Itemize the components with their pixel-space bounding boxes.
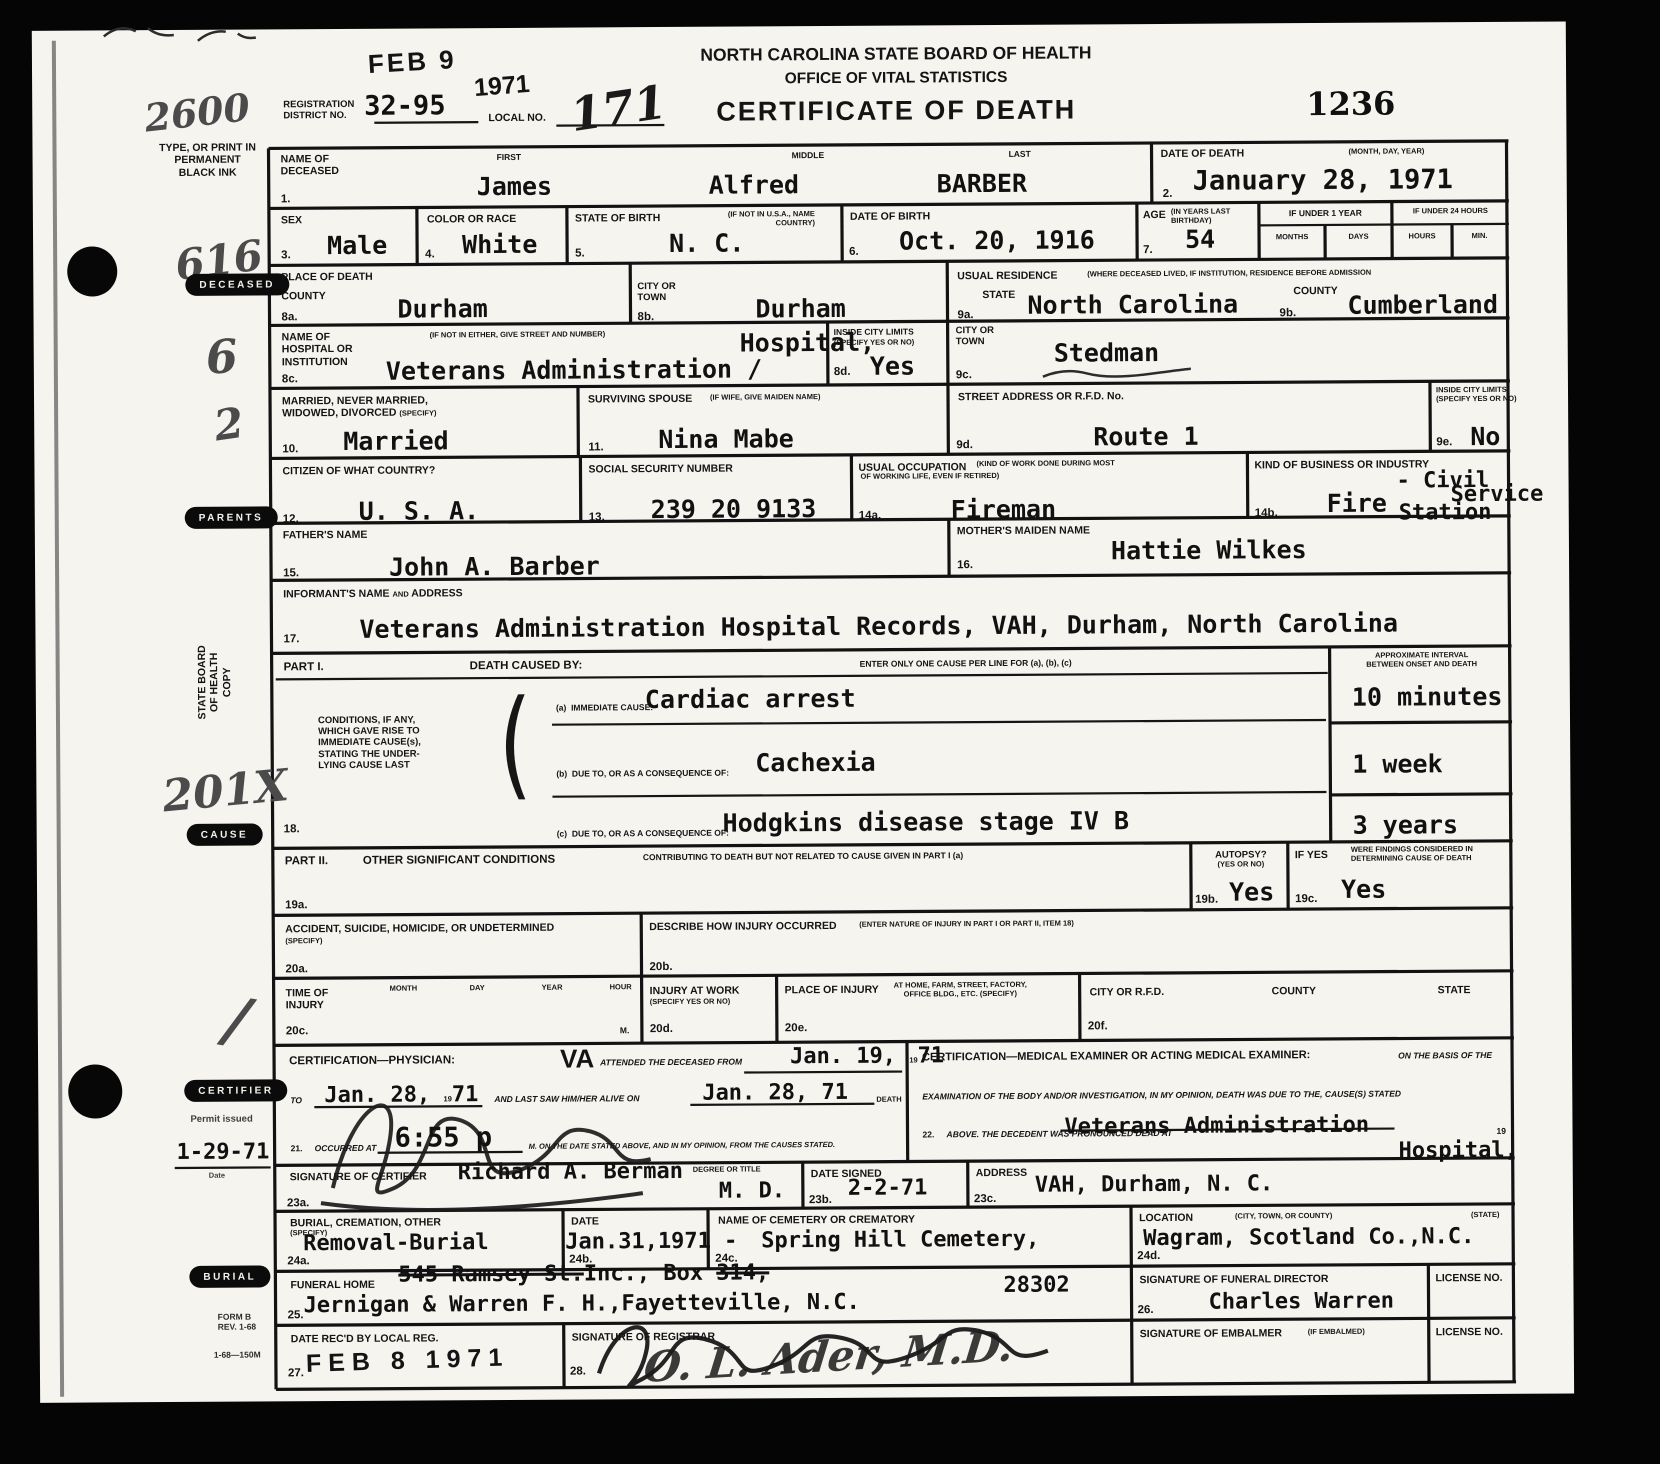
last-saw-label: AND LAST SAW HIM/HER ALIVE ON — [494, 1093, 639, 1104]
field-9c-number: 9c. — [956, 369, 972, 383]
certification-physician-label: CERTIFICATION—PHYSICIAN: — [289, 1054, 455, 1069]
marital-label-line2: WIDOWED, DIVORCED — [282, 407, 396, 420]
business-frag-station: Station — [1399, 502, 1492, 525]
accident-suicide-sub: (SPECIFY) — [285, 937, 322, 946]
degree-value: M. D. — [719, 1180, 785, 1202]
copy-line3: COPY — [220, 607, 233, 757]
inside-city-limits-label: INSIDE CITY LIMITS — [834, 326, 914, 337]
field-23a-number: 23a. — [287, 1197, 309, 1211]
mothers-maiden-name-label: MOTHER'S MAIDEN NAME — [957, 524, 1090, 537]
certificate-title: CERTIFICATE OF DEATH — [636, 94, 1156, 129]
state-of-birth-value: N. C. — [669, 231, 744, 256]
registration-label-line1: REGISTRATION — [283, 99, 354, 111]
age-sub: (IN YEARS LAST BIRTHDAY) — [1171, 208, 1231, 226]
other-conditions-label: OTHER SIGNIFICANT CONDITIONS — [363, 854, 555, 869]
field-5-number: 5. — [575, 247, 585, 261]
field-1-number: 1. — [281, 193, 291, 207]
field-25-number: 25. — [288, 1309, 304, 1323]
city-value: Durham — [755, 296, 845, 322]
ssn-label: SOCIAL SECURITY NUMBER — [588, 463, 732, 476]
residence-city-label: CITY OR TOWN — [956, 325, 994, 348]
place-of-injury-label: PLACE OF INJURY — [785, 984, 879, 997]
field-8b-number: 8b. — [637, 311, 654, 325]
field-20c-number: 20c. — [286, 1025, 308, 1039]
ssn-value: 239 20 9133 — [651, 496, 817, 522]
occupation-sub2: OF WORKING LIFE, EVEN IF RETIRED) — [860, 472, 999, 482]
certifier-name-value: Richard A. Berman — [458, 1161, 683, 1184]
time-label-line2: INJURY — [286, 999, 329, 1012]
field-12-number: 12. — [283, 513, 299, 527]
conditions-line4: STATING THE UNDER- — [318, 748, 421, 760]
informant-label-address: ADDRESS — [411, 587, 462, 599]
field-8a-number: 8a. — [281, 311, 297, 325]
registration-label-line2: DISTRICT NO. — [283, 110, 354, 122]
field-19c-number: 19c. — [1295, 893, 1317, 907]
under-1-year-label: IF UNDER 1 YEAR — [1259, 208, 1392, 219]
city-label-line2: TOWN — [637, 292, 675, 303]
city-or-town-label: CITY OR TOWN — [637, 281, 675, 304]
if-yes-sub-line2: DETERMINING CAUSE OF DEATH — [1351, 854, 1473, 864]
cause-b-label: (b) DUE TO, OR AS A CONSEQUENCE OF: — [556, 768, 729, 779]
margin-pencil-6: 6 — [204, 329, 240, 385]
middle-label: MIDDLE — [792, 150, 825, 160]
field-14a-number: 14a. — [859, 510, 881, 524]
residence-city-value: Stedman — [1054, 340, 1160, 366]
surviving-spouse-label: SURVIVING SPOUSE — [588, 393, 692, 406]
hour-label: HOUR — [610, 983, 632, 992]
inside-city-limits-value: Yes — [870, 353, 915, 378]
cause-a-value: Cardiac arrest — [645, 686, 856, 712]
field-23c-number: 23c. — [974, 1193, 996, 1207]
month-label: MONTH — [390, 985, 418, 994]
funeral-director-label: SIGNATURE OF FUNERAL DIRECTOR — [1139, 1273, 1328, 1287]
name-of-deceased-label: NAME OF DECEASED — [281, 153, 340, 178]
certifier-address-value: VAH, Durham, N. C. — [1035, 1173, 1274, 1196]
hours-label: HOURS — [1392, 232, 1452, 241]
business-frag-fire: Fire — [1327, 491, 1387, 516]
registration-district-label: REGISTRATION DISTRICT NO. — [283, 99, 354, 122]
injury-county-label: COUNTY — [1272, 985, 1316, 998]
occupation-value: Fireman — [951, 497, 1057, 523]
death-word: DEATH — [876, 1096, 901, 1105]
interval-a-value: 10 minutes — [1352, 684, 1503, 710]
field-19b-number: 19b. — [1195, 894, 1218, 908]
injury-at-work-sub: (SPECIFY YES OR NO) — [650, 998, 731, 1007]
burial-date-label: DATE — [571, 1215, 599, 1228]
cause-b-letter: (b) — [556, 769, 567, 779]
to-year: 71 — [452, 1082, 479, 1107]
part1-note: ENTER ONLY ONE CAUSE PER LINE FOR (a), (… — [860, 658, 1072, 669]
print-instruction-line2: PERMANENT — [147, 154, 269, 167]
how-injury-sub: (ENTER NATURE OF INJURY IN PART I OR PAR… — [859, 920, 1074, 930]
local-no-label: LOCAL NO. — [488, 112, 546, 125]
date-of-death-sub: (MONTH, DAY, YEAR) — [1349, 147, 1425, 156]
informant-label-main: INFORMANT'S NAME — [283, 588, 389, 601]
field-15-number: 15. — [283, 567, 299, 581]
state-of-birth-sub: (IF NOT IN U.S.A., NAME COUNTRY) — [695, 210, 815, 228]
scanned-death-certificate: 2600 TYPE, OR PRINT IN PERMANENT BLACK I… — [0, 0, 1660, 1464]
age-value: 54 — [1185, 227, 1215, 252]
fathers-name-label: FATHER'S NAME — [283, 529, 368, 542]
tab-cause: CAUSE — [187, 823, 263, 845]
field-17-number: 17. — [283, 633, 299, 647]
punch-hole-bottom — [68, 1064, 122, 1118]
permit-date-label: Date — [209, 1172, 225, 1181]
interval-header-line2: BETWEEN ONSET AND DEATH — [1336, 660, 1508, 670]
inside-city-limits2-value: No — [1470, 424, 1500, 449]
received-stamp-year: 1971 — [473, 70, 531, 103]
field-18-number: 18. — [284, 823, 300, 837]
residence-county-value: Cumberland — [1347, 292, 1498, 318]
last-label: LAST — [1009, 149, 1031, 159]
death-caused-by-label: DEATH CAUSED BY: — [470, 660, 583, 674]
me-basis-label: ON THE BASIS OF THE — [1398, 1050, 1492, 1061]
informant-label-and: AND — [392, 590, 408, 599]
usual-residence-label: USUAL RESIDENCE — [957, 270, 1057, 283]
date-recd-label: DATE REC'D BY LOCAL REG. — [291, 1332, 439, 1345]
field-16-number: 16. — [957, 559, 973, 573]
place-sub-line2: OFFICE BLDG., ETC. (SPECIFY) — [894, 990, 1027, 1000]
interval-b-value: 1 week — [1352, 751, 1442, 777]
time-m-label: M. — [620, 1025, 630, 1035]
year-label: YEAR — [542, 984, 563, 993]
from-date: Jan. 19, — [790, 1044, 896, 1070]
cause-a-text: IMMEDIATE CAUSE: — [571, 702, 653, 713]
marital-status-value: Married — [343, 428, 449, 454]
field-4-number: 4. — [425, 248, 435, 262]
director-license-label: LICENSE NO. — [1435, 1272, 1502, 1285]
informant-label: INFORMANT'S NAME AND ADDRESS — [283, 587, 462, 600]
field-14b-number: 14b. — [1255, 507, 1278, 521]
field-6-number: 6. — [849, 246, 859, 260]
field-9e-number: 9e. — [1436, 436, 1452, 450]
county-value: Durham — [397, 296, 487, 322]
me-19-label: 19 — [1496, 1126, 1506, 1136]
hospital-value-line2: Veterans Administration / — [386, 356, 762, 383]
field-8c-number: 8c. — [282, 373, 298, 387]
from-19: 19 — [909, 1055, 917, 1064]
field-11-number: 11. — [588, 441, 603, 455]
fathers-name-value: John A. Barber — [389, 553, 600, 579]
cemetery-label: NAME OF CEMETERY OR CREMATORY — [718, 1213, 915, 1227]
sob-sub-line2: COUNTRY) — [695, 219, 815, 229]
if-yes-sub: WERE FINDINGS CONSIDERED IN DETERMINING … — [1351, 845, 1473, 863]
field-2-number: 2. — [1163, 188, 1173, 202]
part2-label: PART II. — [285, 855, 328, 869]
burial-type-value: Removal-Burial — [303, 1232, 489, 1255]
date-of-birth-value: Oct. 20, 1916 — [899, 227, 1095, 253]
to-19: 19 — [443, 1094, 451, 1103]
first-label: FIRST — [497, 152, 522, 162]
cause-c-value: Hodgkins disease stage IV B — [723, 808, 1130, 835]
field-24a-number: 24a. — [287, 1255, 309, 1269]
occurred-rest-label: M. ON THE DATE STATED ABOVE, AND IN MY O… — [529, 1141, 836, 1152]
received-stamp-feb9: FEB 9 — [367, 44, 457, 80]
time-label-line1: TIME OF — [286, 987, 329, 1000]
place-of-death-label: PLACE OF DEATH — [281, 271, 372, 284]
copy-designation: STATE BOARD OF HEALTH COPY — [196, 607, 234, 757]
certificate-serial-number: 1236 — [1306, 85, 1395, 124]
conditions-line2: WHICH GAVE RISE TO — [318, 726, 421, 738]
conditions-line3: IMMEDIATE CAUSE(s), — [318, 737, 421, 749]
embalmer-license-label: LICENSE NO. — [1436, 1326, 1503, 1339]
inside-city-limits-sub: (SPECIFY YES OR NO) — [834, 338, 915, 347]
occupation-sub1: (KIND OF WORK DONE DURING MOST — [976, 459, 1114, 469]
inside-city-limits2-label: INSIDE CITY LIMITS (SPECIFY YES OR NO) — [1436, 386, 1517, 404]
field-20e-number: 20e. — [785, 1022, 807, 1036]
hospital-label-line2: HOSPITAL OR — [282, 343, 353, 356]
cemetery-value: Spring Hill Cemetery, — [761, 1229, 1039, 1253]
autopsy-label-line2: (YES OR NO) — [1197, 860, 1285, 869]
funeral-zip-value: 28302 — [1003, 1275, 1069, 1297]
funeral-home-label: FUNERAL HOME — [290, 1279, 374, 1292]
conditions-line5: LYING CAUSE LAST — [318, 759, 421, 771]
cause-a-label: (a) IMMEDIATE CAUSE: — [556, 702, 653, 713]
board-name: NORTH CAROLINA STATE BOARD OF HEALTH — [636, 42, 1156, 66]
age-label: AGE — [1143, 209, 1166, 222]
residence-county-label: COUNTY — [1293, 285, 1337, 298]
funeral-director-value: Charles Warren — [1208, 1291, 1394, 1314]
conditions-brace: ( — [498, 684, 532, 802]
hospital-label-line1: NAME OF — [282, 331, 353, 344]
street-address-value: Route 1 — [1093, 424, 1199, 450]
to-date: Jan. 28, — [324, 1082, 430, 1108]
sex-label: SEX — [281, 214, 302, 227]
address-label: ADDRESS — [976, 1167, 1027, 1180]
field-9b-number: 9b. — [1279, 307, 1296, 321]
injury-city-label: CITY OR R.F.D. — [1090, 986, 1165, 999]
cause-c-label: (c) DUE TO, OR AS A CONSEQUENCE OF: — [557, 828, 729, 839]
field-9a-number: 9a. — [957, 309, 973, 323]
embalmer-label: SIGNATURE OF EMBALMER — [1140, 1327, 1282, 1340]
how-injury-label: DESCRIBE HOW INJURY OCCURRED — [649, 920, 836, 934]
city-label-line1: CITY OR — [637, 281, 675, 292]
pronounced-dead-at-value2: Hospital, — [1399, 1140, 1518, 1163]
va-stamp: VA — [560, 1043, 594, 1074]
field-22-number: 22. — [923, 1129, 935, 1139]
residence-city-label-line2: TOWN — [956, 336, 994, 347]
last-year: 71 — [821, 1080, 848, 1105]
funeral-addr-mid: Inc., Box — [584, 1261, 717, 1287]
copy-line1: STATE BOARD — [196, 607, 209, 757]
field-8d-number: 8d. — [834, 366, 851, 380]
form-number-line1: FORM B — [218, 1312, 256, 1322]
certification-me-label: CERTIFICATION—MEDICAL EXAMINER OR ACTING… — [922, 1049, 1310, 1064]
field-10-number: 10. — [282, 443, 298, 457]
county-label: COUNTY — [281, 290, 325, 303]
field-28-number: 28. — [570, 1366, 586, 1380]
surviving-spouse-value: Nina Mabe — [658, 426, 794, 452]
last-date: Jan. 28, — [702, 1080, 808, 1106]
part1-label: PART I. — [284, 661, 324, 675]
occurred-at-label: OCCURRED AT — [315, 1143, 377, 1153]
hospital-label: NAME OF HOSPITAL OR INSTITUTION — [282, 331, 353, 369]
form-number-line2: REV. 1-68 — [218, 1322, 256, 1332]
surviving-spouse-sub: (IF WIFE, GIVE MAIDEN NAME) — [710, 393, 820, 403]
citizen-label: CITIZEN OF WHAT COUNTRY? — [282, 464, 435, 477]
signature-of-certifier-label: SIGNATURE OF CERTIFIER — [290, 1170, 427, 1183]
embalmer-sub: (IF EMBALMED) — [1308, 1328, 1365, 1337]
interval-header: APPROXIMATE INTERVAL BETWEEN ONSET AND D… — [1336, 651, 1508, 670]
state-of-birth-label: STATE OF BIRTH — [575, 212, 660, 225]
print-instruction-line3: BLACK INK — [147, 166, 269, 179]
cause-b-text: DUE TO, OR AS A CONSEQUENCE OF: — [572, 768, 729, 779]
min-label: MIN. — [1452, 232, 1507, 241]
interval-c-value: 3 years — [1353, 812, 1459, 838]
informant-value: Veterans Administration Hospital Records… — [359, 611, 1398, 642]
print-run: 1-68—150M — [214, 1349, 261, 1359]
tab-deceased: DECEASED — [185, 273, 289, 296]
field-19a-number: 19a. — [285, 899, 307, 913]
location-sub2: (STATE) — [1471, 1211, 1500, 1220]
field-27-number: 27. — [288, 1367, 304, 1381]
day-label: DAY — [470, 984, 485, 993]
burial-date-value: Jan.31,1971 - — [565, 1231, 737, 1254]
injury-at-work-label: INJURY AT WORK — [650, 985, 740, 998]
state-label: STATE — [982, 289, 1015, 302]
field-3-number: 3. — [281, 249, 291, 263]
cause-a-letter: (a) — [556, 703, 566, 713]
form-number: FORM B REV. 1-68 — [218, 1312, 257, 1332]
months-label: MONTHS — [1259, 233, 1325, 242]
last-saw-date: Jan. 28, 71 — [702, 1082, 848, 1105]
name-label-line1: NAME OF — [281, 153, 339, 166]
race-value: White — [462, 232, 537, 257]
field-7-number: 7. — [1143, 244, 1153, 258]
field-24d-number: 24d. — [1137, 1250, 1160, 1264]
registration-district-value: 32-95 — [364, 92, 445, 119]
accident-suicide-label: ACCIDENT, SUICIDE, HOMICIDE, OR UNDETERM… — [285, 922, 554, 936]
residence-state-value: North Carolina — [1027, 291, 1238, 317]
field-9d-number: 9d. — [956, 439, 973, 453]
permit-date: 1-29-71 — [177, 1141, 270, 1164]
pronounced-dead-at-value: Veterans Administration — [1064, 1115, 1369, 1139]
field-20a-number: 20a. — [285, 963, 307, 977]
first-name-value: James — [477, 174, 552, 199]
funeral-home-name: Jernigan & Warren F. H.,Fayetteville, N.… — [304, 1292, 860, 1317]
attended-from-date: Jan. 19, 1971 — [790, 1045, 944, 1068]
last-name-value: BARBER — [937, 171, 1027, 197]
tab-parents: PARENTS — [185, 506, 278, 529]
funeral-addr-struck: 545 Ramsey St. — [398, 1262, 584, 1288]
autopsy-label: AUTOPSY? (YES OR NO) — [1197, 849, 1285, 870]
field-23b-number: 23b. — [809, 1194, 832, 1208]
field-20f-number: 20f. — [1088, 1020, 1108, 1034]
field-20b-number: 20b. — [649, 961, 672, 975]
cause-b-value: Cachexia — [755, 750, 876, 776]
location-sub: (CITY, TOWN, OR COUNTY) — [1235, 1212, 1332, 1221]
icl2-label-line2: (SPECIFY YES OR NO) — [1436, 395, 1517, 404]
to-label: TO — [290, 1095, 302, 1105]
print-instruction: TYPE, OR PRINT IN PERMANENT BLACK INK — [146, 141, 268, 179]
place-of-injury-sub: AT HOME, FARM, STREET, FACTORY, OFFICE B… — [894, 981, 1027, 1000]
cause-c-letter: (c) — [557, 829, 567, 839]
citizen-value: U. S. A. — [359, 498, 480, 524]
location-value: Wagram, Scotland Co.,N.C. — [1143, 1226, 1474, 1250]
under-24-hours-label: IF UNDER 24 HOURS — [1392, 207, 1509, 217]
cause-c-text: DUE TO, OR AS A CONSEQUENCE OF: — [572, 828, 729, 839]
tab-burial: BURIAL — [189, 1265, 270, 1287]
field-21-number: 21. — [291, 1143, 303, 1153]
days-label: DAYS — [1325, 233, 1392, 242]
marital-label-line1: MARRIED, NEVER MARRIED, — [282, 394, 436, 407]
marital-label-sub: (SPECIFY) — [399, 409, 436, 418]
if-yes-label: IF YES — [1295, 849, 1328, 862]
mothers-maiden-name-value: Hattie Wilkes — [1111, 537, 1307, 563]
punch-hole-top — [67, 246, 117, 296]
date-of-death-value: January 28, 1971 — [1193, 166, 1453, 195]
marital-status-label: MARRIED, NEVER MARRIED, WIDOWED, DIVORCE… — [282, 394, 437, 420]
attended-label: ATTENDED THE DECEASED FROM — [600, 1057, 742, 1068]
tab-certifier: CERTIFIER — [184, 1079, 287, 1102]
injury-state-label: STATE — [1438, 984, 1471, 997]
autopsy-value: Yes — [1229, 879, 1274, 904]
race-label: COLOR OR RACE — [427, 213, 516, 226]
funeral-addr-struck2: 314, — [716, 1260, 769, 1285]
time-of-injury-label2: TIME OF INJURY — [286, 987, 329, 1012]
findings-value: Yes — [1341, 877, 1386, 902]
field-26-number: 26. — [1138, 1304, 1154, 1318]
conditions-note: CONDITIONS, IF ANY, WHICH GAVE RISE TO I… — [318, 715, 421, 772]
date-of-death-label: DATE OF DEATH — [1161, 147, 1245, 160]
usual-residence-sub: (WHERE DECEASED LIVED, IF INSTITUTION, R… — [1087, 269, 1371, 280]
sex-value: Male — [327, 233, 387, 258]
hospital-sub: (IF NOT IN EITHER, GIVE STREET AND NUMBE… — [430, 330, 606, 340]
other-conditions-sub: CONTRIBUTING TO DEATH BUT NOT RELATED TO… — [643, 850, 963, 862]
copy-line2: OF HEALTH — [208, 607, 221, 757]
attended-to-date: Jan. 28, 1971 — [324, 1084, 478, 1107]
conditions-line1: CONDITIONS, IF ANY, — [318, 715, 421, 727]
field-20d-number: 20d. — [650, 1023, 673, 1037]
name-label-line2: DECEASED — [281, 165, 339, 178]
residence-city-label-line1: CITY OR — [956, 325, 994, 336]
degree-or-title-label: DEGREE OR TITLE — [693, 1165, 761, 1174]
print-instruction-line1: TYPE, OR PRINT IN — [146, 141, 268, 154]
date-of-birth-label: DATE OF BIRTH — [850, 210, 930, 223]
funeral-home-address: 545 Ramsey St.Inc., Box 314, — [398, 1262, 769, 1286]
permit-issued-label: Permit issued — [190, 1114, 252, 1126]
hospital-label-line3: INSTITUTION — [282, 356, 353, 369]
location-label: LOCATION — [1139, 1212, 1193, 1225]
date-signed-value: 2-2-71 — [848, 1177, 928, 1199]
street-address-label: STREET ADDRESS OR R.F.D. No. — [958, 390, 1124, 403]
office-name: OFFICE OF VITAL STATISTICS — [636, 68, 1156, 89]
middle-name-value: Alfred — [709, 172, 799, 198]
death-time-value: 6:55 p — [394, 1124, 492, 1152]
field-13-number: 13. — [589, 511, 605, 525]
